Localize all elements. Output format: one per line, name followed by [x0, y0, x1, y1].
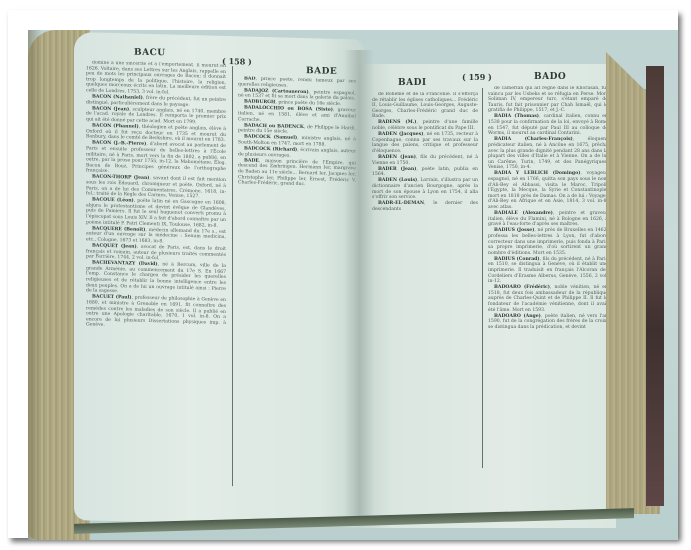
book-photo: BACU ( 158 ) BADE dominé à une sincérité… — [28, 30, 678, 540]
column-rule — [482, 88, 483, 468]
right-page-column-2: de Tamerlan qui ait régné dans le Khoras… — [488, 86, 608, 486]
entry: BADOARO (Ange), poète italien, né vers l… — [488, 314, 608, 331]
entry: BADEN (Jacques), né en 1735, recteur à C… — [372, 132, 478, 154]
entry: BADE, maison princière de l'Empire, qui … — [238, 158, 356, 189]
entry: BADR-EL-DEMAN, le dernier des descendant… — [372, 201, 478, 212]
left-page-column-1: dominé à une sincérité et à l'emportemen… — [86, 60, 226, 514]
running-head-left: BADI — [398, 78, 427, 88]
entry: BACOUE (Léon), poète latin né en Gascogn… — [86, 198, 226, 230]
left-page-column-2: BAD, prince poète, rendu fameux par ses … — [238, 76, 356, 499]
entry: de Bohême et de la Franconie. Il s'effor… — [372, 92, 478, 120]
entry: BACON (J.-B.-Pierre), d'abord avocat au … — [86, 141, 226, 178]
entry: dominé à une sincérité et à l'emportemen… — [86, 60, 226, 97]
entry: BADEN (Jean), fils du précédent, né à Vi… — [372, 155, 478, 166]
book-gutter — [344, 50, 374, 520]
entry: BADOARO (Frédéric), noble vénitien, né e… — [488, 285, 608, 313]
right-page-column-1: de Bohême et de la Franconie. Il s'effor… — [372, 92, 478, 492]
running-head-right: BADO — [534, 72, 566, 82]
column-rule — [232, 66, 233, 486]
page-number-right: ( 159 ) — [462, 72, 492, 82]
entry: BADIALE (Alexandre), peintre et graveur … — [488, 211, 608, 228]
entry: BADEN (Louis), Lorrain, s'illustra par u… — [372, 178, 478, 200]
entry: BACUET (Paul), professeur de philosophie… — [86, 295, 226, 332]
edge-shade — [28, 30, 42, 540]
entry: de Tamerlan qui ait régné dans le Khoras… — [488, 86, 608, 114]
entry: BADENS (M.), peintre d'une famille noble… — [372, 120, 478, 131]
photo-frame: BACU ( 158 ) BADE dominé à une sincérité… — [8, 10, 678, 538]
entry: BADIA Y LEBLICH (Domingo), voyageur espa… — [488, 171, 608, 210]
running-head-left: BACU — [134, 48, 166, 59]
right-page: BADI ( 159 ) BADO de Bohême et de la Fra… — [358, 64, 616, 528]
entry: BADIUS (Josse), né près de Bruxelles en … — [488, 228, 608, 256]
entry: BADER (Jean), poète latin, publia en 156… — [372, 167, 478, 178]
entry: BADIUS (Conrad), fils du précédent, né à… — [488, 257, 608, 285]
page-number-left: ( 158 ) — [222, 56, 252, 67]
running-head-right: BADE — [306, 66, 337, 77]
entry: BADIA (Thomas), cardinal italien, connu … — [488, 114, 608, 136]
marbled-cover — [646, 66, 664, 506]
entry: BACON-THORP (Jean), savant dont il est f… — [86, 175, 226, 201]
entry: BACHEVANTAZY (David), né à Bercum, ville… — [86, 261, 226, 298]
left-page: BACU ( 158 ) BADE dominé à une sincérité… — [74, 32, 364, 528]
entry: BADIA (Charles-François), éloquent prédi… — [488, 137, 608, 171]
